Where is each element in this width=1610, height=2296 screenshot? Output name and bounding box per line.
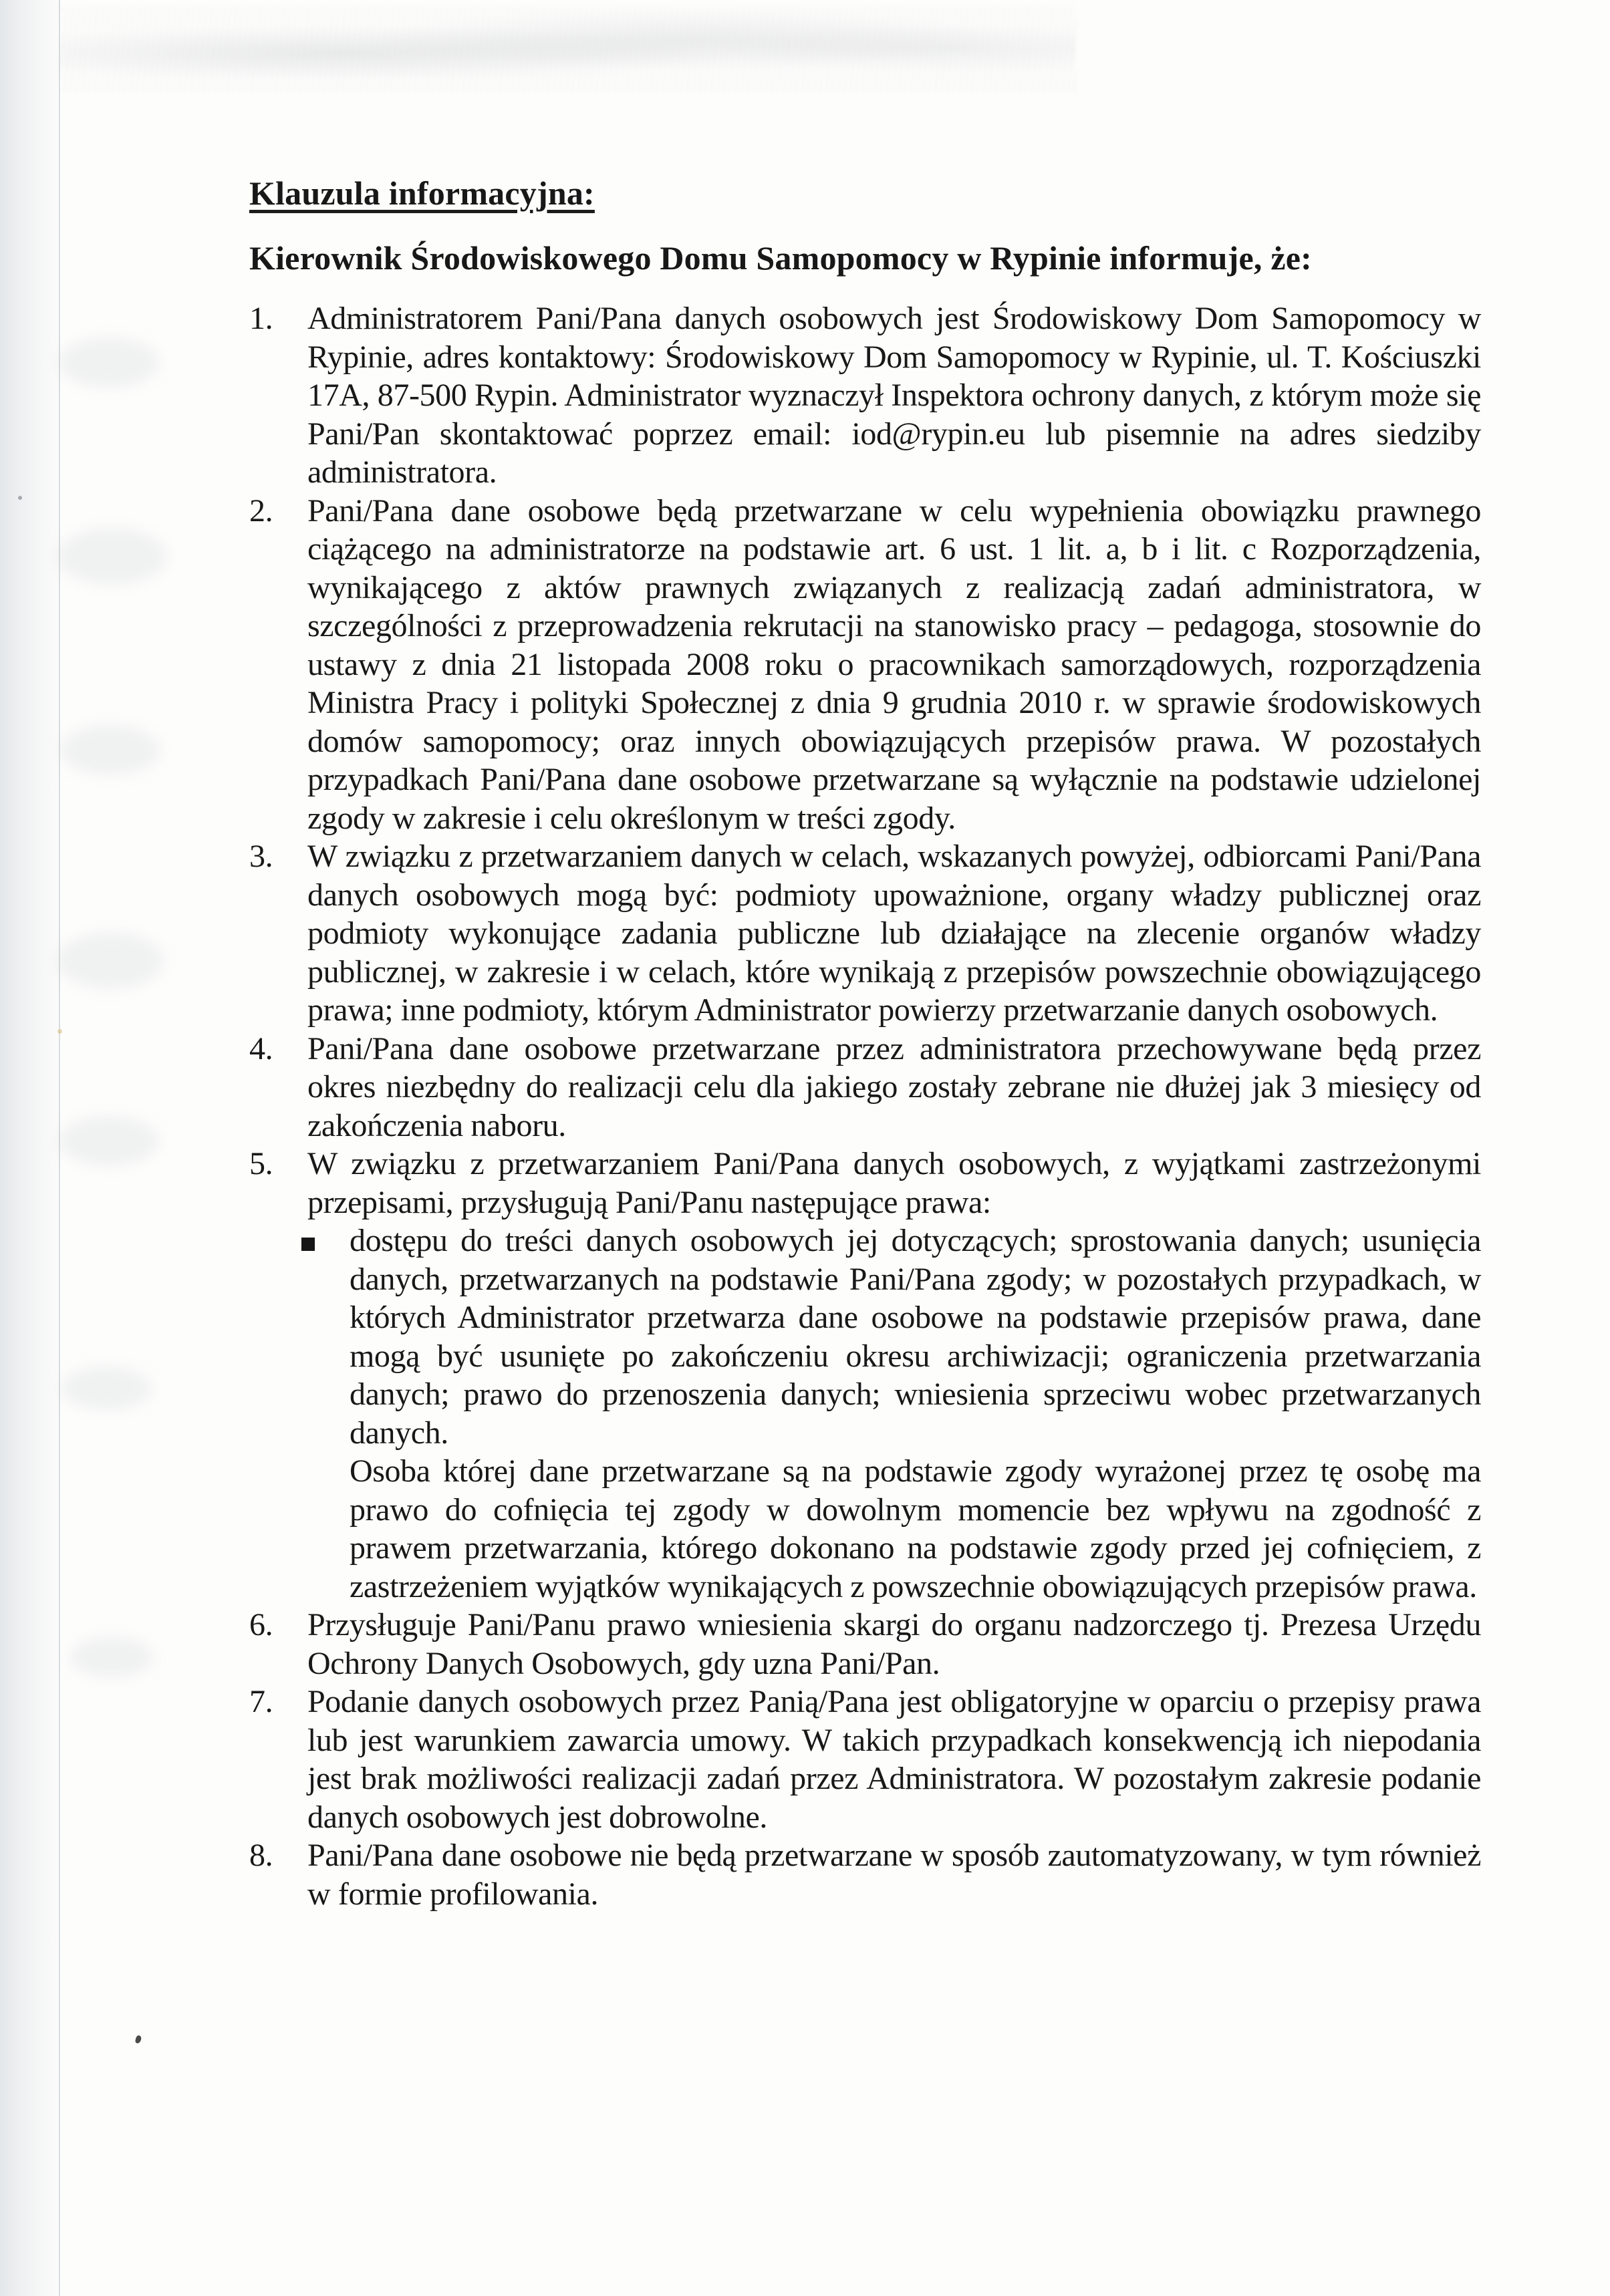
document-subtitle: Kierownik Środowiskowego Domu Samopomocy… (249, 237, 1481, 279)
item-text: W związku z przetwarzaniem danych w cela… (307, 837, 1481, 1030)
item-number: 4. (249, 1030, 307, 1068)
bullet-text: dostępu do treści danych osobowych jej d… (350, 1222, 1481, 1452)
list-item-7: 7. Podanie danych osobowych przez Panią/… (249, 1683, 1481, 1836)
item-text: Podanie danych osobowych przez Panią/Pan… (307, 1683, 1481, 1836)
list-item-5: 5. W związku z przetwarzaniem Pani/Pana … (249, 1145, 1481, 1606)
list-item-1: 1. Administratorem Pani/Pana danych osob… (249, 299, 1481, 492)
item-number: 8. (249, 1836, 307, 1875)
scan-margin-smudge (60, 725, 160, 775)
scan-speck (18, 496, 22, 500)
item-number: 1. (249, 299, 307, 338)
scan-margin-smudge (59, 1116, 159, 1166)
scan-margin-smudge (57, 528, 167, 585)
scan-top-noise (60, 5, 1076, 92)
item-text: Pani/Pana dane osobowe przetwarzane prze… (307, 1030, 1481, 1145)
bullet-marker-column (301, 1222, 350, 1452)
square-bullet-icon (301, 1238, 315, 1251)
item-text: Przysługuje Pani/Panu prawo wniesienia s… (307, 1606, 1481, 1683)
scan-margin-smudge (57, 932, 164, 989)
list-item-2: 2. Pani/Pana dane osobowe będą przetwarz… (249, 492, 1481, 838)
scan-margin-smudge (70, 1637, 154, 1677)
document-content: Klauzula informacyjna: Kierownik Środowi… (249, 172, 1481, 1913)
scan-margin-smudge (61, 1367, 152, 1410)
bullet-item: dostępu do treści danych osobowych jej d… (301, 1222, 1481, 1452)
item-intro-text: W związku z przetwarzaniem Pani/Pana dan… (307, 1145, 1481, 1222)
item-number: 3. (249, 837, 307, 876)
item-number: 6. (249, 1606, 307, 1644)
numbered-list: 1. Administratorem Pani/Pana danych osob… (249, 299, 1481, 1913)
scan-left-edge-shadow (0, 0, 60, 2296)
list-item-6: 6. Przysługuje Pani/Panu prawo wniesieni… (249, 1606, 1481, 1683)
list-item-8: 8. Pani/Pana dane osobowe nie będą przet… (249, 1836, 1481, 1913)
item-number: 5. (249, 1145, 307, 1183)
list-item-3: 3. W związku z przetwarzaniem danych w c… (249, 837, 1481, 1030)
item-text: W związku z przetwarzaniem Pani/Pana dan… (307, 1145, 1481, 1606)
scanned-document-page: Klauzula informacyjna: Kierownik Środowi… (0, 0, 1610, 2296)
consent-withdrawal-paragraph: Osoba której dane przetwarzane są na pod… (350, 1452, 1481, 1606)
item-text: Pani/Pana dane osobowe nie będą przetwar… (307, 1836, 1481, 1913)
scan-speck (57, 1029, 62, 1034)
list-item-4: 4. Pani/Pana dane osobowe przetwarzane p… (249, 1030, 1481, 1145)
item-number: 7. (249, 1683, 307, 1721)
scan-margin-smudge (59, 337, 159, 388)
scan-speck (135, 2035, 142, 2044)
document-title: Klauzula informacyjna: (249, 172, 1481, 214)
item-number: 2. (249, 492, 307, 531)
item-text: Administratorem Pani/Pana danych osobowy… (307, 299, 1481, 492)
item-text: Pani/Pana dane osobowe będą przetwarzane… (307, 492, 1481, 838)
